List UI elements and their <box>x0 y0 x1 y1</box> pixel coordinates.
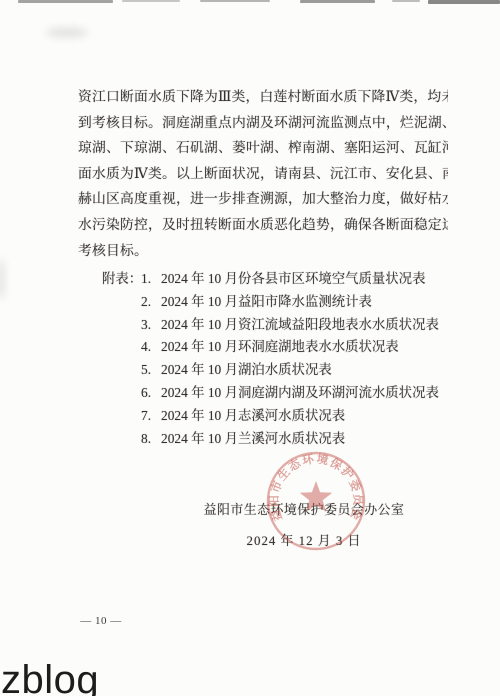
attachment-item: 7.2024 年 10 月志溪河水质状况表 <box>102 405 452 428</box>
attachment-title: 2024 年 10 月兰溪河水质状况表 <box>161 428 345 451</box>
scan-artifact <box>300 0 375 3</box>
paragraph-line: 面水质为Ⅳ类。以上断面状况，请南县、沅江市、安化县、南县、 <box>78 161 448 187</box>
attachment-item: 6.2024 年 10 月洞庭湖内湖及环湖河流水质状况表 <box>102 382 452 405</box>
attachment-title: 2024 年 10 月洞庭湖内湖及环湖河流水质状况表 <box>161 382 439 405</box>
scan-smudge <box>0 258 5 300</box>
attachment-number: 8. <box>141 428 161 451</box>
attachment-item: 8.2024 年 10 月兰溪河水质状况表 <box>102 428 452 451</box>
attachment-number: 7. <box>141 405 161 428</box>
attachment-title: 2024 年 10 月志溪河水质状况表 <box>161 405 345 428</box>
scan-artifact <box>18 0 113 3</box>
scan-artifact <box>122 0 180 2</box>
attachment-title: 2024 年 10 月资江流域益阳段地表水水质状况表 <box>161 314 439 337</box>
attachment-label <box>102 291 141 314</box>
attachment-label: 附表： <box>102 268 141 291</box>
attachment-label <box>102 382 141 405</box>
paragraph-line: 资江口断面水质下降为Ⅲ类，白莲村断面水质下降Ⅳ类，均未达 <box>78 84 448 110</box>
issuing-office: 益阳市生态环境保护委员会办公室 <box>198 499 410 518</box>
zblog-watermark: zblog <box>1 660 99 696</box>
attachment-title: 2024 年 10 月份各县市区环境空气质量状况表 <box>161 268 425 291</box>
attachment-item: 5.2024 年 10 月湖泊水质状况表 <box>102 359 452 382</box>
attachment-number: 1. <box>141 268 161 291</box>
attachment-title: 2024 年 10 月益阳市降水监测统计表 <box>161 291 372 314</box>
scan-artifact <box>200 0 270 2</box>
scanned-document-page: 资江口断面水质下降为Ⅲ类，白莲村断面水质下降Ⅳ类，均未达到考核目标。洞庭湖重点内… <box>0 0 500 696</box>
attachment-item: 3.2024 年 10 月资江流域益阳段地表水水质状况表 <box>102 314 452 337</box>
attachment-title: 2024 年 10 月湖泊水质状况表 <box>161 359 332 382</box>
scan-smudge <box>46 27 88 38</box>
attachment-label <box>102 405 141 428</box>
attachment-label <box>102 336 141 359</box>
attachment-item: 附表：1.2024 年 10 月份各县市区环境空气质量状况表 <box>102 268 452 291</box>
scan-artifact <box>392 0 420 2</box>
attachment-title: 2024 年 10 月环洞庭湖地表水水质状况表 <box>161 336 399 359</box>
attachment-number: 2. <box>141 291 161 314</box>
attachment-label <box>102 314 141 337</box>
attachment-item: 4.2024 年 10 月环洞庭湖地表水水质状况表 <box>102 336 452 359</box>
paragraph-line: 到考核目标。洞庭湖重点内湖及环湖河流监测点中，烂泥湖、上 <box>78 110 448 136</box>
attachment-item: 2.2024 年 10 月益阳市降水监测统计表 <box>102 291 452 314</box>
body-paragraph: 资江口断面水质下降为Ⅲ类，白莲村断面水质下降Ⅳ类，均未达到考核目标。洞庭湖重点内… <box>78 84 448 263</box>
attachment-number: 4. <box>141 336 161 359</box>
attachment-number: 3. <box>141 314 161 337</box>
paragraph-line: 琼湖、下琼湖、石矶湖、蒌叶湖、榨南湖、塞阳运河、瓦缸河断 <box>78 135 448 161</box>
paragraph-line: 赫山区高度重视，进一步排查溯源，加大整治力度，做好枯水期 <box>78 186 448 212</box>
paragraph-line: 考核目标。 <box>78 238 448 264</box>
issue-date: 2024 年 12 月 3 日 <box>198 530 410 549</box>
paragraph-line: 水污染防控，及时扭转断面水质恶化趋势，确保各断面稳定达到 <box>78 212 448 238</box>
scan-artifact <box>428 0 500 4</box>
attachment-label <box>102 359 141 382</box>
signature-block: 益阳市生态环境保护委员会办公室 2024 年 12 月 3 日 <box>198 499 410 549</box>
attachment-list: 附表：1.2024 年 10 月份各县市区环境空气质量状况表2.2024 年 1… <box>102 268 452 450</box>
attachment-number: 6. <box>141 382 161 405</box>
attachment-label <box>102 428 141 451</box>
attachment-number: 5. <box>141 359 161 382</box>
page-number: — 10 — <box>76 615 126 627</box>
